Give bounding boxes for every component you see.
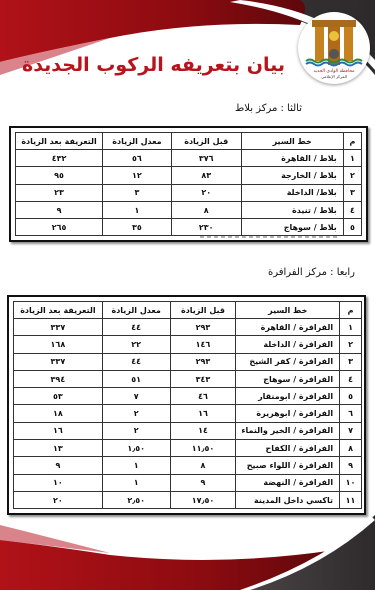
cell-index: ٣ — [343, 184, 361, 201]
cell-increase: ٥٦ — [103, 150, 172, 167]
table-row: ٢ الفرافرة / الداخلة ١٤٦ ٢٢ ١٦٨ — [14, 336, 362, 353]
cell-index: ١ — [343, 150, 361, 167]
cell-before: ١٤ — [170, 422, 236, 439]
cell-increase: ٤٤ — [102, 319, 170, 336]
cell-before: ١٦ — [170, 405, 236, 422]
cell-after: ٤٣٢ — [16, 150, 103, 167]
cell-route: الفرافرة / النهضة — [236, 474, 340, 491]
cell-index: ٤ — [343, 201, 361, 218]
table-row: ٧ الفرافرة / الخير والنماء ١٤ ٢ ١٦ — [14, 422, 362, 439]
cell-increase: ٧ — [102, 388, 170, 405]
table-header-row: م خط السير قبل الزيادة معدل الزيادة التع… — [14, 302, 362, 319]
cell-index: ٢ — [343, 167, 361, 184]
col-header-before: قبل الزيادة — [171, 133, 241, 150]
cell-index: ٥ — [343, 219, 361, 236]
cell-route: بلاط / القاهرة — [241, 150, 343, 167]
col-header-increase: معدل الزيادة — [102, 302, 170, 319]
cell-increase: ١٫٥٠ — [102, 440, 170, 457]
cell-before: ١٧٫٥٠ — [170, 491, 236, 508]
cell-index: ٧ — [340, 422, 362, 439]
col-header-index: م — [340, 302, 362, 319]
table-row: ٥ بلاط / سوهاج ٢٣٠ ٣٥ ٢٦٥ — [16, 219, 362, 236]
cell-after: ٩ — [14, 457, 103, 474]
cell-route: بلاط / الخارجة — [241, 167, 343, 184]
cell-route: بلاط / تنيدة — [241, 201, 343, 218]
cell-index: ٨ — [340, 440, 362, 457]
table-row: ٣ الفرافرة / كفر الشيخ ٢٩٣ ٤٤ ٣٣٧ — [14, 353, 362, 370]
cell-increase: ٣ — [103, 184, 172, 201]
cell-before: ٣٤٣ — [170, 370, 236, 387]
cell-route: الفرافرة / كفر الشيخ — [236, 353, 340, 370]
cell-before: ٨ — [171, 201, 241, 218]
cell-route: بلاط/ الداخلة — [241, 184, 343, 201]
cell-after: ٢٣ — [16, 184, 103, 201]
svg-text:المركز الإعلامي: المركز الإعلامي — [321, 74, 347, 80]
cell-after: ٣٣٧ — [14, 353, 103, 370]
governorate-logo: محافظة الوادي الجديد المركز الإعلامي — [298, 12, 370, 84]
table-row: ٩ الفرافرة / اللواء صبيح ٨ ١ ٩ — [14, 457, 362, 474]
cell-after: ١٨ — [14, 405, 103, 422]
cell-after: ٩٥ — [16, 167, 103, 184]
col-header-route: خط السير — [236, 302, 340, 319]
col-header-index: م — [343, 133, 361, 150]
footer-decorative-band — [0, 515, 375, 590]
cell-after: ٢٦٥ — [16, 219, 103, 236]
cell-before: ٢٠ — [171, 184, 241, 201]
cell-before: ٤٦ — [170, 388, 236, 405]
table-row: ١٠ الفرافرة / النهضة ٩ ١ ١٠ — [14, 474, 362, 491]
cell-before: ٢٣٠ — [171, 219, 241, 236]
cell-increase: ٢٢ — [102, 336, 170, 353]
table-balat: م خط السير قبل الزيادة معدل الزيادة التع… — [15, 132, 362, 236]
cell-route: الفرافرة / الخير والنماء — [236, 422, 340, 439]
cell-before: ٨٣ — [171, 167, 241, 184]
cell-after: ١٦ — [14, 422, 103, 439]
cell-route: الفرافرة / اللواء صبيح — [236, 457, 340, 474]
col-header-before: قبل الزيادة — [170, 302, 236, 319]
cell-before: ٣٧٦ — [171, 150, 241, 167]
cell-increase: ١ — [102, 474, 170, 491]
cell-after: ١٣ — [14, 440, 103, 457]
table-row: ١١ تاكسي داخل المدينة ١٧٫٥٠ ٢٫٥٠ ٢٠ — [14, 491, 362, 508]
cell-increase: ٢ — [102, 422, 170, 439]
table-row: ٣ بلاط/ الداخلة ٢٠ ٣ ٢٣ — [16, 184, 362, 201]
cell-increase: ٥١ — [102, 370, 170, 387]
col-header-increase: معدل الزيادة — [103, 133, 172, 150]
table-farafra: م خط السير قبل الزيادة معدل الزيادة التع… — [13, 301, 362, 509]
section-heading-farafra: رابعا : مركز الفرافرة — [268, 267, 355, 278]
table-row: ٨ الفرافرة / الكفاح ١١٫٥٠ ١٫٥٠ ١٣ — [14, 440, 362, 457]
cell-after: ٣٣٧ — [14, 319, 103, 336]
section-heading-balat: ثالثا : مركز بلاط — [235, 103, 302, 114]
cell-route: الفرافرة / ابوهريرة — [236, 405, 340, 422]
cell-increase: ١٢ — [103, 167, 172, 184]
table-row: ٤ الفرافرة / سوهاج ٣٤٣ ٥١ ٣٩٤ — [14, 370, 362, 387]
col-header-after: التعريفة بعد الزيادة — [16, 133, 103, 150]
cell-before: ٩ — [170, 474, 236, 491]
governorate-logo-icon: محافظة الوادي الجديد المركز الإعلامي — [298, 12, 370, 84]
cell-before: ١١٫٥٠ — [170, 440, 236, 457]
cell-after: ٥٣ — [14, 388, 103, 405]
cell-increase: ٤٤ — [102, 353, 170, 370]
cell-before: ١٤٦ — [170, 336, 236, 353]
cell-increase: ٢ — [102, 405, 170, 422]
cell-before: ٢٩٣ — [170, 319, 236, 336]
cell-route: الفرافرة / الداخلة — [236, 336, 340, 353]
cell-route: الفرافرة / سوهاج — [236, 370, 340, 387]
table-row: ٤ بلاط / تنيدة ٨ ١ ٩ — [16, 201, 362, 218]
col-header-after: التعريفة بعد الزيادة — [14, 302, 103, 319]
table-row: ١ بلاط / القاهرة ٣٧٦ ٥٦ ٤٣٢ — [16, 150, 362, 167]
cell-before: ٨ — [170, 457, 236, 474]
cell-index: ١ — [340, 319, 362, 336]
col-header-route: خط السير — [241, 133, 343, 150]
cell-increase: ٢٫٥٠ — [102, 491, 170, 508]
cell-increase: ١ — [102, 457, 170, 474]
page-title: بيان بتعريفه الركوب الجديدة — [22, 54, 285, 76]
fare-table-balat: م خط السير قبل الزيادة معدل الزيادة التع… — [9, 126, 368, 242]
cell-increase: ١ — [103, 201, 172, 218]
cell-after: ٣٩٤ — [14, 370, 103, 387]
cell-index: ١١ — [340, 491, 362, 508]
cell-index: ٢ — [340, 336, 362, 353]
cell-before: ٢٩٣ — [170, 353, 236, 370]
table-row: ١ الفرافرة / القاهرة ٢٩٣ ٤٤ ٣٣٧ — [14, 319, 362, 336]
cell-route: تاكسي داخل المدينة — [236, 491, 340, 508]
cell-index: ٩ — [340, 457, 362, 474]
cell-route: الفرافرة / ابومنقار — [236, 388, 340, 405]
cell-index: ٥ — [340, 388, 362, 405]
cropped-text-line — [200, 236, 340, 238]
table-row: ٥ الفرافرة / ابومنقار ٤٦ ٧ ٥٣ — [14, 388, 362, 405]
cell-increase: ٣٥ — [103, 219, 172, 236]
cell-route: الفرافرة / القاهرة — [236, 319, 340, 336]
cell-index: ٣ — [340, 353, 362, 370]
cell-index: ٤ — [340, 370, 362, 387]
cell-index: ١٠ — [340, 474, 362, 491]
table-header-row: م خط السير قبل الزيادة معدل الزيادة التع… — [16, 133, 362, 150]
cell-after: ١٠ — [14, 474, 103, 491]
cell-after: ٩ — [16, 201, 103, 218]
cell-index: ٦ — [340, 405, 362, 422]
cell-route: الفرافرة / الكفاح — [236, 440, 340, 457]
cell-route: بلاط / سوهاج — [241, 219, 343, 236]
fare-table-farafra: م خط السير قبل الزيادة معدل الزيادة التع… — [7, 295, 366, 515]
cell-after: ١٦٨ — [14, 336, 103, 353]
table-row: ٢ بلاط / الخارجة ٨٣ ١٢ ٩٥ — [16, 167, 362, 184]
cell-after: ٢٠ — [14, 491, 103, 508]
table-row: ٦ الفرافرة / ابوهريرة ١٦ ٢ ١٨ — [14, 405, 362, 422]
